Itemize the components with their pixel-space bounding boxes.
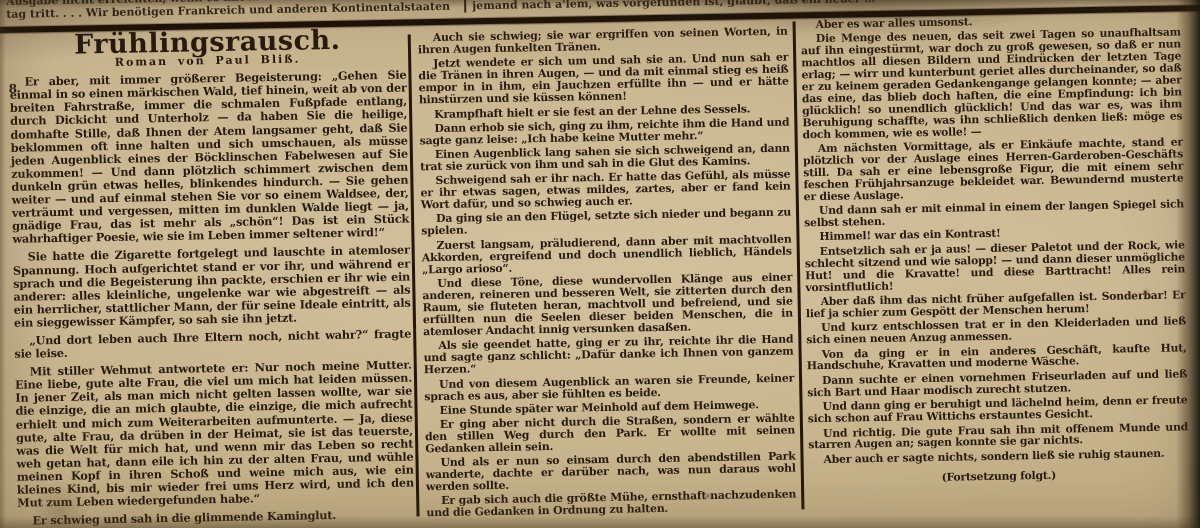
paragraph: Am nächsten Vormittage, als er Einkäufe …: [803, 136, 1184, 202]
text-column-1: Frühlingsrausch. Roman von Paul Bliß. Er…: [9, 33, 415, 528]
paragraph: Und dann sah er mit einmal in einem der …: [804, 198, 1184, 229]
article-title: Frühlingsrausch.: [9, 33, 406, 53]
paragraph: Entsetzlich sah er ja aus! — dieser Pale…: [805, 239, 1186, 294]
column-1-paragraphs: Er aber, mit immer größerer Begeisterung…: [9, 69, 414, 528]
continuation-note: (Fortsetzung folgt.): [809, 467, 1189, 486]
page-edge-shadow-left: [0, 0, 6, 528]
paragraph: Und als er nun so einsam durch den abend…: [425, 451, 796, 494]
text-column-2: Auch sie schwieg; sie war ergriffen von …: [418, 26, 797, 522]
paragraph: Sie hatte die Zigarette fortgelegt und l…: [13, 244, 411, 330]
paragraph: „Und dort leben auch Ihre Eltern noch, n…: [14, 327, 411, 360]
scanned-newspaper-page: Ausgabe nicht erreichten, wenn es mit … …: [0, 0, 1200, 528]
paragraph: Die Menge des neuen, das seit zwei Tagen…: [801, 27, 1183, 141]
page-edge-shadow-right: [1176, 0, 1200, 528]
paragraph: Mit stiller Wehmut antwortete er: Nur no…: [15, 359, 415, 510]
column-2-paragraphs: Auch sie schwieg; sie war ergriffen von …: [418, 26, 797, 520]
page-edge-shadow-bottom: [0, 516, 1200, 528]
paragraph: Jetzt wendete er sich um und sah sie an.…: [418, 52, 789, 107]
paragraph: Schweigend sah er ihr nach. Er hatte das…: [420, 169, 791, 212]
paragraph: Und diese Töne, diese wundervollen Kläng…: [422, 271, 793, 338]
page-edge-shadow-top: [0, 0, 1200, 8]
page-content: Ausgabe nicht erreichten, wenn es mit … …: [0, 0, 1200, 528]
paragraph: Zuerst langsam, präludierend, dann aber …: [421, 233, 792, 276]
paragraph: Er ging aber nicht durch die Straßen, so…: [425, 412, 796, 455]
paragraph: Er aber, mit immer größerer Begeisterung…: [9, 69, 409, 246]
text-column-3: Aber es war alles umsonst.Die Menge des …: [800, 12, 1189, 488]
paragraph: Als sie geendet hatte, ging er zu ihr, r…: [423, 334, 794, 377]
column-3-paragraphs: Aber es war alles umsonst.Die Menge des …: [800, 12, 1188, 466]
